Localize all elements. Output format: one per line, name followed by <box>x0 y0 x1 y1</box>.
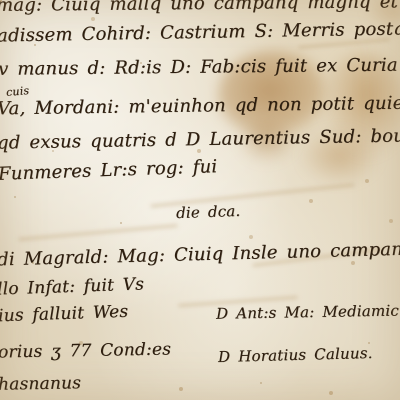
manuscript-line-11: hasnanus <box>0 373 81 394</box>
manuscript-line-4: Va, Mordani: m'euinhon qd non potit quie… <box>0 92 400 120</box>
manuscript-line-1: mag: Ciuiq mallq uno campanq magnq et L <box>0 0 400 16</box>
manuscript-line-5: qd exsus quatris d D Laurentius Sud: bou… <box>0 123 400 153</box>
manuscript-line-10: orius ʒ 77 Cond:es <box>0 339 171 362</box>
manuscript-line-3: v manus d: Rd:is D: Fab:cis fuit ex Curi… <box>0 53 400 80</box>
manuscript-line-2: adissem Cohird: Castrium S: Merris postq… <box>0 16 400 46</box>
show-through-mark <box>18 224 178 241</box>
manuscript-line-7: di Magrald: Mag: Ciuiq Insle uno campanq… <box>0 237 400 271</box>
interlinear-insertion: cuis <box>5 84 29 99</box>
signature-line-2: D Horatius Caluus. <box>218 344 373 366</box>
manuscript-line-9: ius falluit Wes <box>0 302 129 327</box>
manuscript-page: mag: Ciuiq mallq uno campanq magnq et L … <box>0 0 400 400</box>
section-heading: die dca. <box>176 202 241 222</box>
manuscript-line-6: Funmeres Lr:s rog: fui <box>0 156 218 185</box>
manuscript-line-8: llo Infat: fuit Vs <box>0 274 144 299</box>
signature-line-1: D Ant:s Ma: Mediamicus <box>216 301 400 323</box>
